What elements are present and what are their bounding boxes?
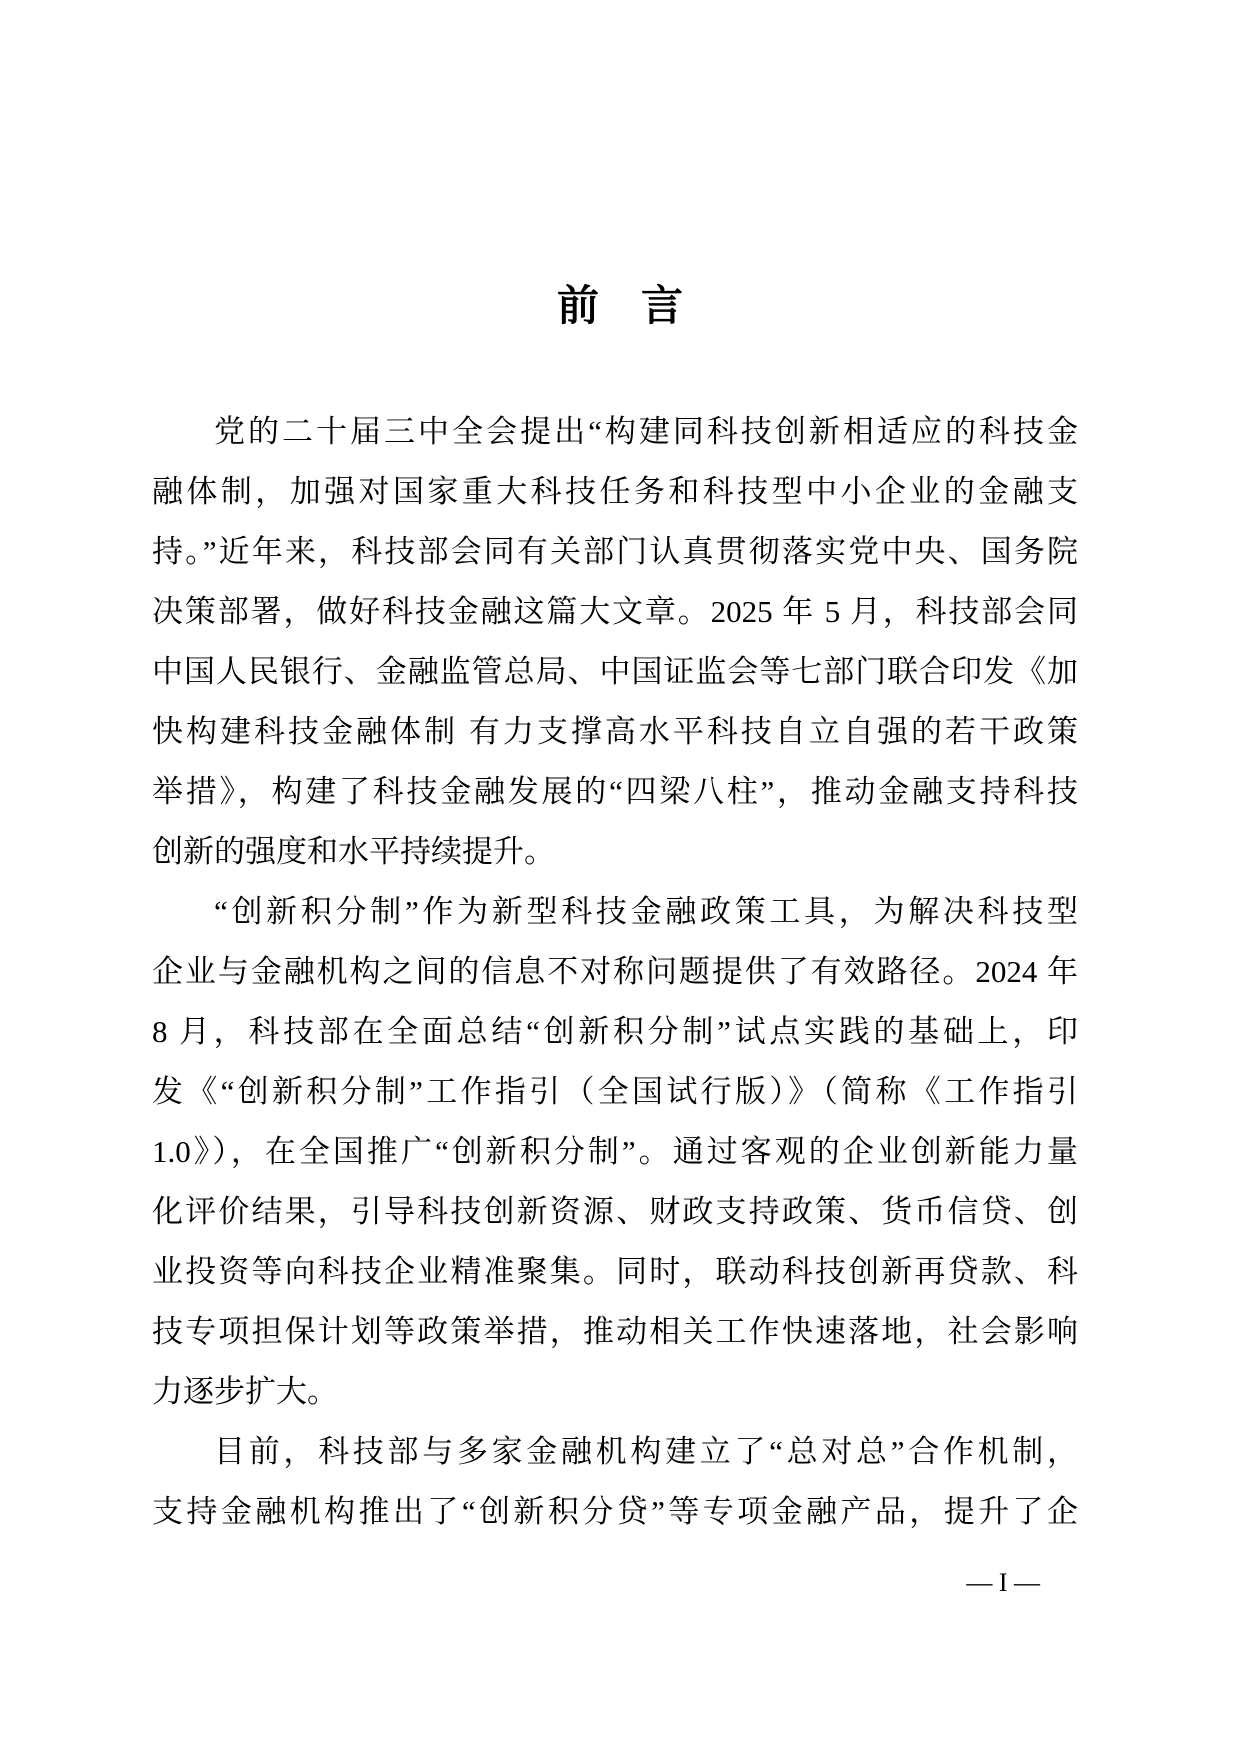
- text-line: 融体制，加强对国家重大科技任务和科技型中小企业的金融支: [152, 462, 1078, 522]
- paragraph: 目前，科技部与多家金融机构建立了“总对总”合作机制，支持金融机构推出了“创新积分…: [152, 1422, 1078, 1542]
- text-line: 决策部署，做好科技金融这篇大文章。2025 年 5 月，科技部会同: [152, 582, 1078, 642]
- text-line: 支持金融机构推出了“创新积分贷”等专项金融产品，提升了企: [152, 1482, 1078, 1542]
- text-line: 举措》，构建了科技金融发展的“四梁八柱”，推动金融支持科技: [152, 762, 1078, 822]
- document-page: 前 言 党的二十届三中全会提出“构建同科技创新相适应的科技金融体制，加强对国家重…: [0, 0, 1240, 1754]
- text-line: 力逐步扩大。: [152, 1362, 1078, 1422]
- page-number: — I —: [966, 1566, 1040, 1600]
- document-body: 党的二十届三中全会提出“构建同科技创新相适应的科技金融体制，加强对国家重大科技任…: [152, 402, 1078, 1542]
- text-line: 化评价结果，引导科技创新资源、财政支持政策、货币信贷、创: [152, 1182, 1078, 1242]
- text-line: 快构建科技金融体制 有力支撑高水平科技自立自强的若干政策: [152, 702, 1078, 762]
- text-line: “创新积分制”作为新型科技金融政策工具，为解决科技型: [152, 882, 1078, 942]
- text-line: 持。”近年来，科技部会同有关部门认真贯彻落实党中央、国务院: [152, 522, 1078, 582]
- paragraph: 党的二十届三中全会提出“构建同科技创新相适应的科技金融体制，加强对国家重大科技任…: [152, 402, 1078, 882]
- text-line: 8 月，科技部在全面总结“创新积分制”试点实践的基础上，印: [152, 1002, 1078, 1062]
- text-line: 业投资等向科技企业精准聚集。同时，联动科技创新再贷款、科: [152, 1242, 1078, 1302]
- text-line: 创新的强度和水平持续提升。: [152, 822, 1078, 882]
- text-line: 目前，科技部与多家金融机构建立了“总对总”合作机制，: [152, 1422, 1078, 1482]
- text-line: 技专项担保计划等政策举措，推动相关工作快速落地，社会影响: [152, 1302, 1078, 1362]
- text-line: 1.0》），在全国推广“创新积分制”。通过客观的企业创新能力量: [152, 1122, 1078, 1182]
- page-title: 前 言: [0, 280, 1240, 332]
- text-line: 党的二十届三中全会提出“构建同科技创新相适应的科技金: [152, 402, 1078, 462]
- text-line: 发《“创新积分制”工作指引（全国试行版）》（简称《工作指引: [152, 1062, 1078, 1122]
- text-line: 中国人民银行、金融监管总局、中国证监会等七部门联合印发《加: [152, 642, 1078, 702]
- paragraph: “创新积分制”作为新型科技金融政策工具，为解决科技型企业与金融机构之间的信息不对…: [152, 882, 1078, 1422]
- text-line: 企业与金融机构之间的信息不对称问题提供了有效路径。2024 年: [152, 942, 1078, 1002]
